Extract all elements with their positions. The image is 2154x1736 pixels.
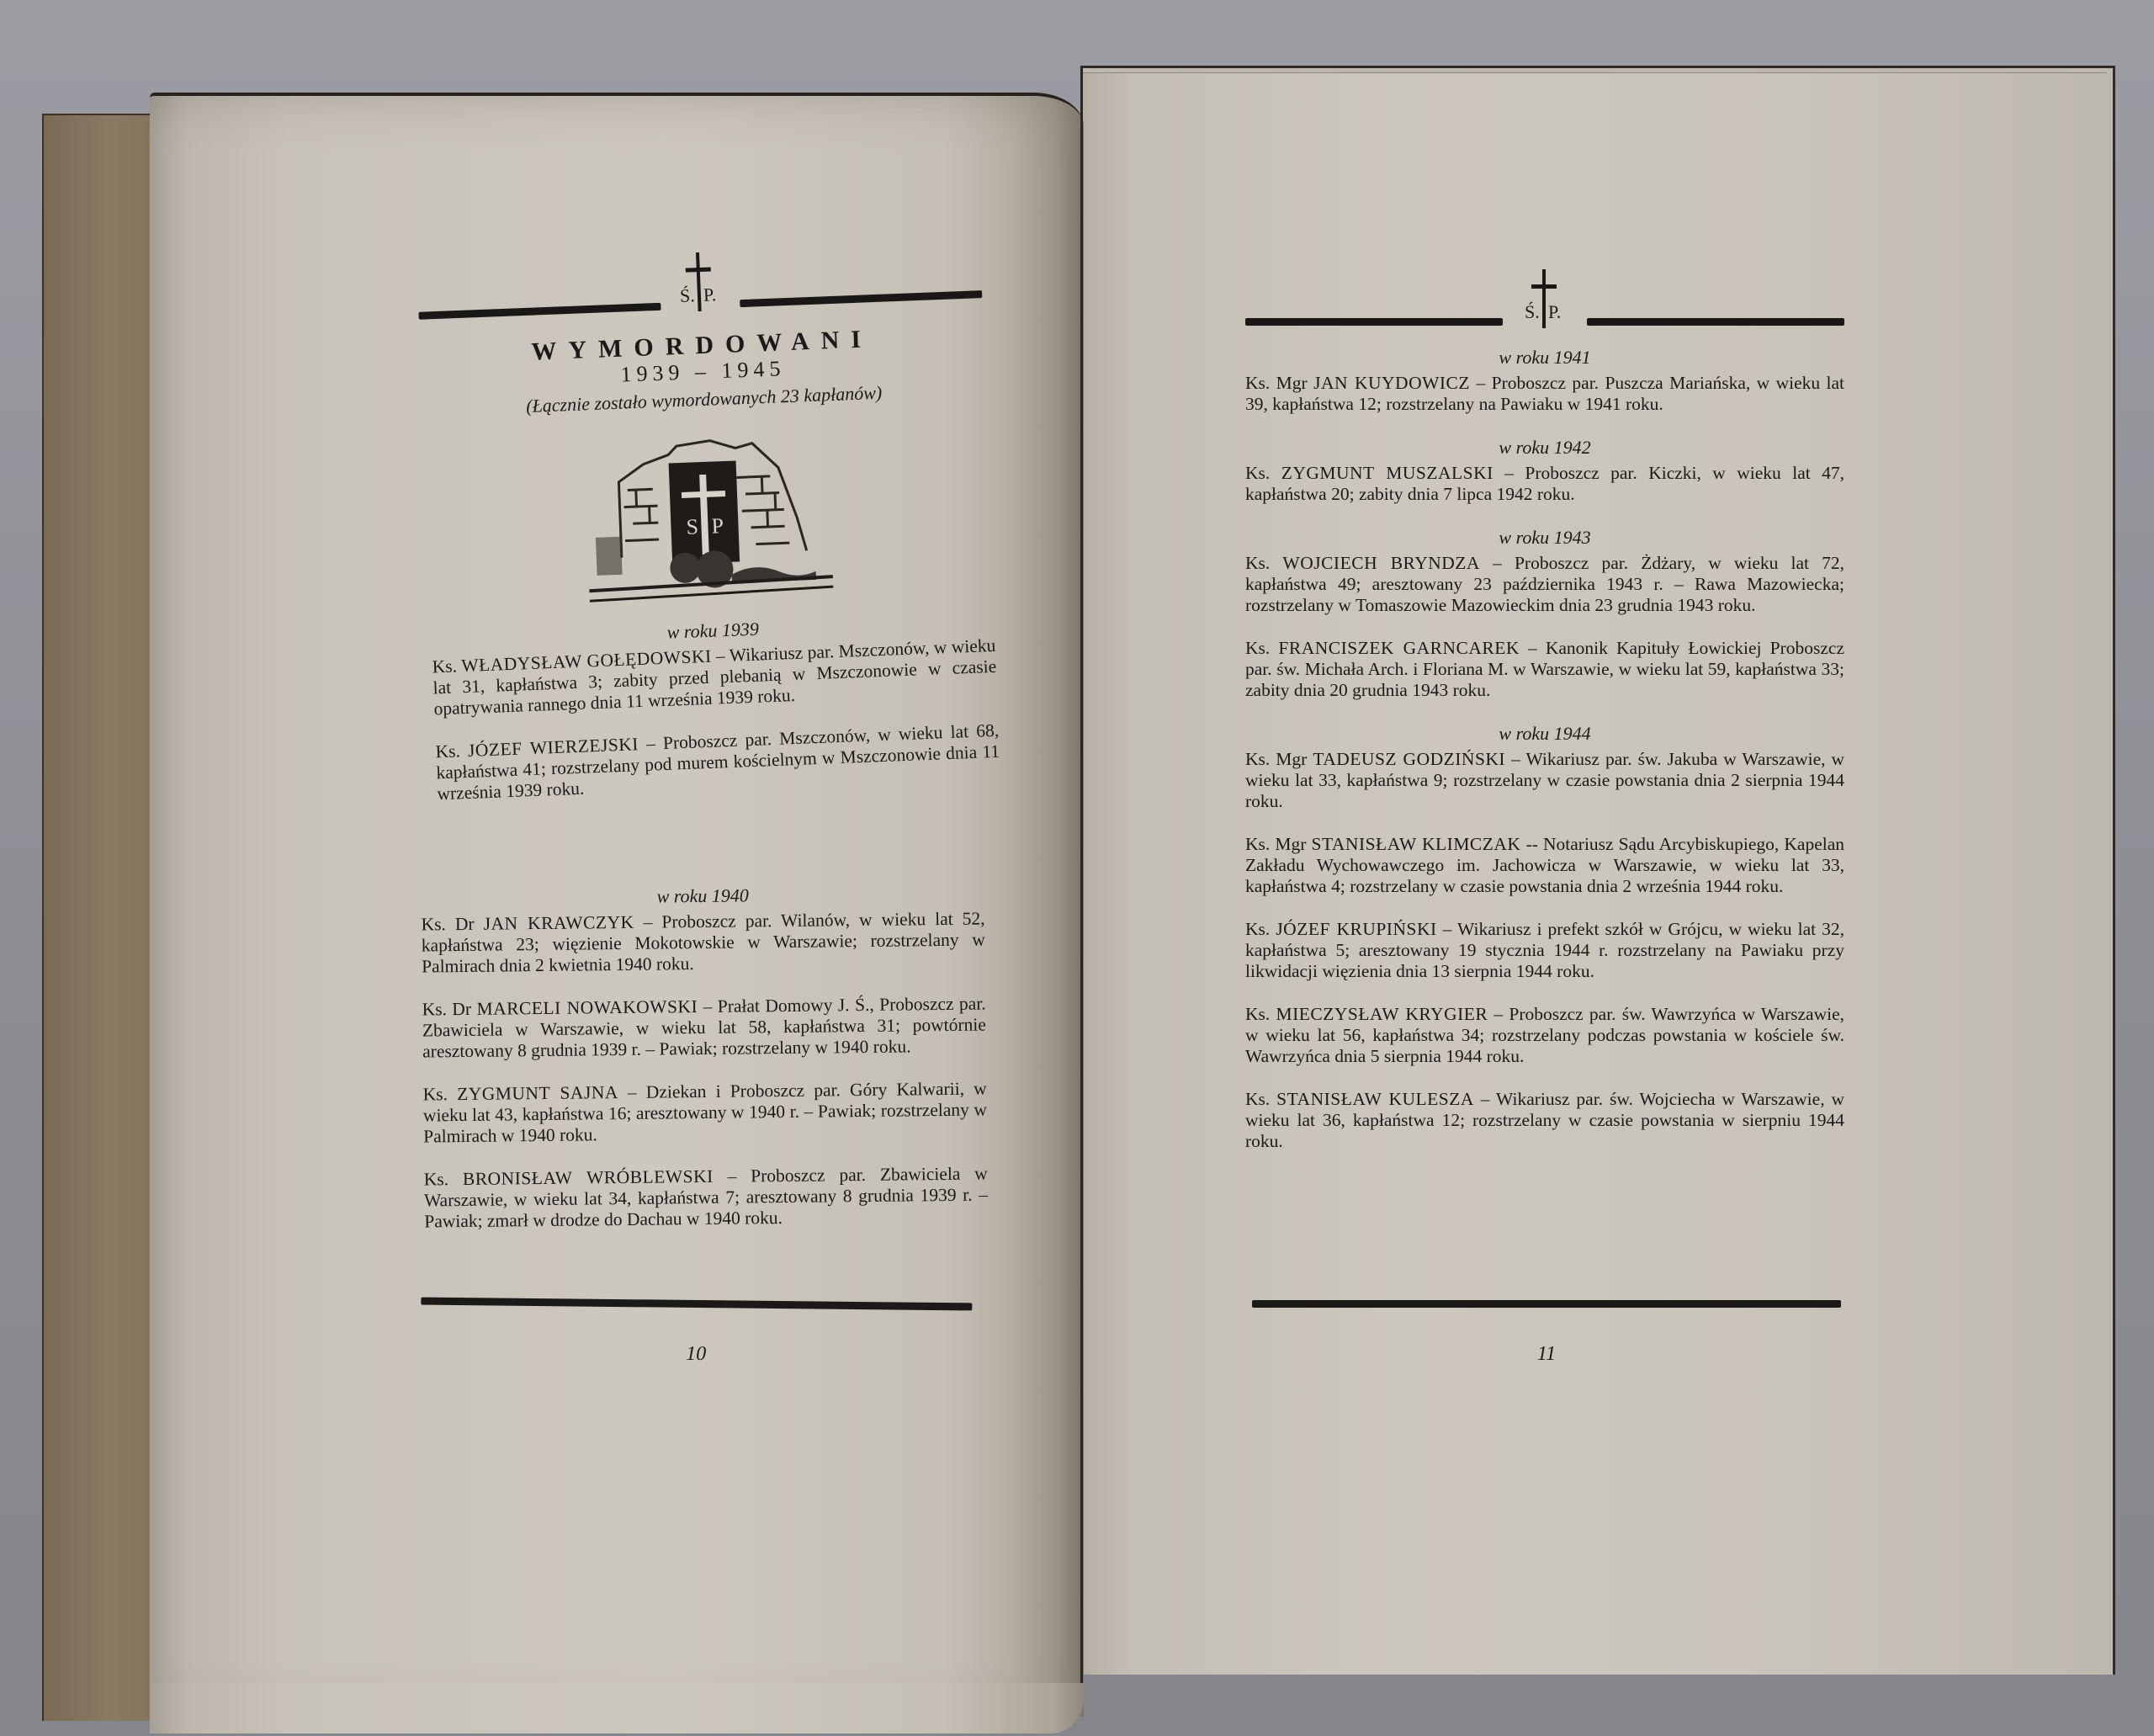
- page-number: 11: [1252, 1343, 1841, 1366]
- entry: Ks. Mgr TADEUSZ GODZIŃSKI – Wikariusz pa…: [1245, 749, 1844, 812]
- sp-header: Ś. P.: [1245, 269, 1844, 337]
- priest-name: ZYGMUNT SAJNA: [457, 1082, 618, 1104]
- entry: Ks. JÓZEF KRUPIŃSKI – Wikariusz i prefek…: [1245, 919, 1844, 982]
- entry: Ks. JÓZEF WIERZEJSKI – Proboszcz par. Ms…: [435, 720, 1000, 805]
- priest-name: JAN KRAWCZYK: [484, 912, 634, 934]
- header-rule-right: [740, 290, 982, 307]
- priest-name: ZYGMUNT MUSZALSKI: [1281, 463, 1493, 483]
- right-page-footer: 11: [1252, 1300, 1841, 1366]
- header-rule-left: [1245, 318, 1503, 326]
- year-heading-1942: w roku 1942: [1245, 437, 1844, 458]
- year-heading-1940: w roku 1940: [421, 882, 984, 909]
- priest-name: STANISŁAW KULESZA: [1276, 1089, 1474, 1109]
- header-rule-left: [418, 303, 661, 320]
- memorial-illustration-icon: S P: [583, 423, 834, 609]
- footer-rule: [1252, 1300, 1841, 1308]
- priest-name: FRANCISZEK GARNCAREK: [1278, 638, 1520, 658]
- entry: Ks. Mgr STANISŁAW KLIMCZAK -- Notariusz …: [1245, 834, 1844, 897]
- cross-icon: Ś. P.: [1520, 269, 1570, 330]
- year-heading-1944: w roku 1944: [1245, 723, 1844, 744]
- left-page-footer: 10: [421, 1298, 973, 1369]
- priest-name: TADEUSZ GODZIŃSKI: [1313, 749, 1505, 769]
- year-heading-1941: w roku 1941: [1245, 347, 1844, 368]
- left-page-header-block: Ś. P. WYMORDOWANI 1939 – 1945 (Łącznie z…: [416, 242, 1001, 826]
- entry: Ks. FRANCISZEK GARNCAREK – Kanonik Kapit…: [1245, 638, 1844, 701]
- year-heading-1943: w roku 1943: [1245, 527, 1844, 548]
- entry: Ks. WOJCIECH BRYNDZA – Proboszcz par. Żd…: [1245, 553, 1844, 616]
- entry: Ks. BRONISŁAW WRÓBLEWSKI – Proboszcz par…: [424, 1163, 989, 1232]
- left-page-1940-block: w roku 1940 Ks. Dr JAN KRAWCZYK – Probos…: [421, 872, 989, 1254]
- priest-name: STANISŁAW KLIMCZAK: [1312, 834, 1521, 854]
- priest-name: JAN KUYDOWICZ: [1313, 373, 1470, 393]
- priest-name: BRONISŁAW WRÓBLEWSKI: [463, 1166, 714, 1189]
- svg-text:S: S: [686, 514, 699, 539]
- priest-name: MIECZYSŁAW KRYGIER: [1276, 1004, 1488, 1024]
- header-rule-right: [1587, 318, 1844, 326]
- entry: Ks. MIECZYSŁAW KRYGIER – Proboszcz par. …: [1245, 1004, 1844, 1067]
- priest-name: MARCELI NOWAKOWSKI: [476, 996, 698, 1019]
- priest-name: WOJCIECH BRYNDZA: [1282, 553, 1480, 573]
- svg-text:P: P: [711, 513, 724, 539]
- priest-name: JÓZEF KRUPIŃSKI: [1276, 919, 1436, 939]
- book-spine: [1080, 67, 1083, 1683]
- entry: Ks. Dr MARCELI NOWAKOWSKI – Prałat Domow…: [422, 993, 987, 1062]
- entry: Ks. STANISŁAW KULESZA – Wikariusz par. ś…: [1245, 1089, 1844, 1152]
- right-page-content: Ś. P. w roku 1941 Ks. Mgr JAN KUYDOWICZ …: [1245, 269, 1844, 1174]
- entry: Ks. ZYGMUNT MUSZALSKI – Proboszcz par. K…: [1245, 463, 1844, 505]
- entry: Ks. ZYGMUNT SAJNA – Dziekan i Proboszcz …: [423, 1078, 988, 1147]
- entry: Ks. Dr JAN KRAWCZYK – Proboszcz par. Wil…: [421, 908, 985, 977]
- cross-icon: Ś. P.: [673, 252, 726, 314]
- entry: Ks. Mgr JAN KUYDOWICZ – Proboszcz par. P…: [1245, 373, 1844, 415]
- book-back-cover: [42, 114, 156, 1721]
